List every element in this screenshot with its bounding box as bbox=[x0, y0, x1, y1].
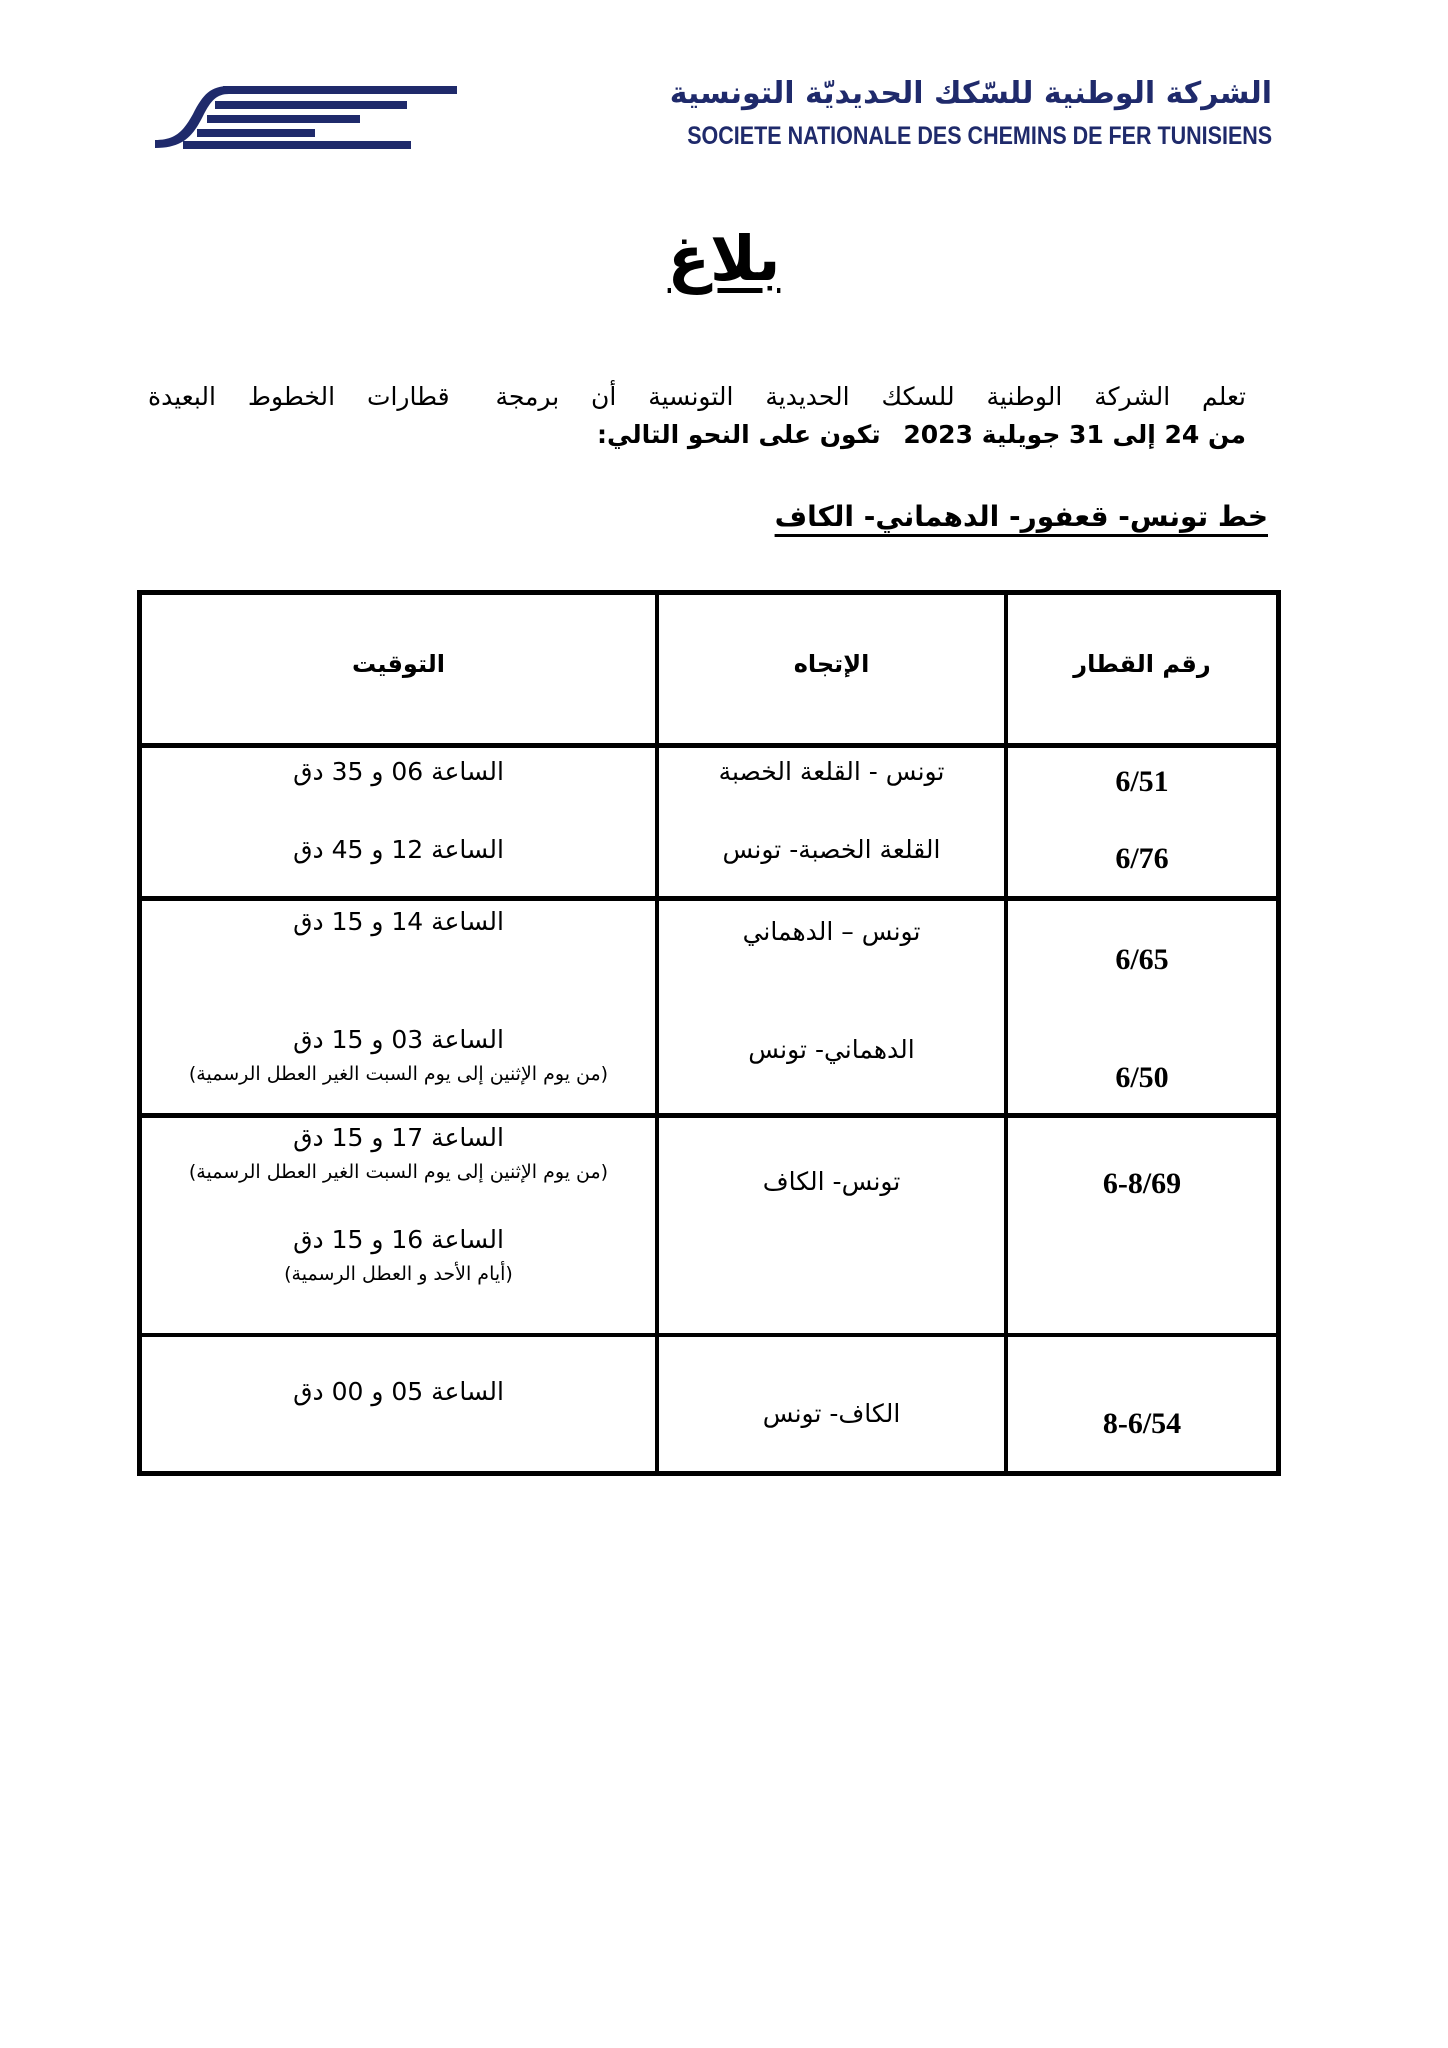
intro-line-1-b: قطارات الخطوط البعيدة bbox=[148, 382, 450, 411]
train-number: 6/51 bbox=[1008, 765, 1276, 799]
train-number: 6/65 bbox=[1008, 943, 1276, 977]
train-time-alt: الساعة 16 و 15 دق bbox=[142, 1225, 655, 1254]
train-time: الساعة 17 و 15 دق bbox=[142, 1123, 655, 1152]
train-direction: تونس- الكاف bbox=[659, 1167, 1004, 1196]
train-time: الساعة 06 و 35 دق bbox=[142, 757, 655, 786]
train-direction: الكاف- تونس bbox=[659, 1399, 1004, 1428]
train-time: الساعة 05 و 00 دق bbox=[142, 1377, 655, 1406]
train-number: 6-8/69 bbox=[1008, 1167, 1276, 1201]
row-divider bbox=[142, 896, 1276, 901]
train-time-note: (من يوم الإثنين إلى يوم السبت الغير العط… bbox=[142, 1063, 655, 1085]
line-heading: خط تونس- قعفور- الدهماني- الكاف bbox=[775, 500, 1268, 533]
column-header-timing: التوقيت bbox=[142, 650, 655, 678]
train-number: 6/76 bbox=[1008, 842, 1276, 876]
train-time: الساعة 12 و 45 دق bbox=[142, 835, 655, 864]
schedule-table: رقم القطار الإتجاه التوقيت 6/51 تونس - ا… bbox=[137, 590, 1281, 1476]
row-divider bbox=[142, 1113, 1276, 1118]
row-divider bbox=[142, 743, 1276, 748]
sncft-logo-icon bbox=[153, 84, 459, 150]
intro-paragraph: تعلم الشركة الوطنية للسكك الحديدية التون… bbox=[148, 378, 1246, 454]
train-time: الساعة 03 و 15 دق bbox=[142, 1025, 655, 1054]
intro-line-1: تعلم الشركة الوطنية للسكك الحديدية التون… bbox=[148, 378, 1246, 416]
train-direction: الدهماني- تونس bbox=[659, 1035, 1004, 1064]
train-time-note: (من يوم الإثنين إلى يوم السبت الغير العط… bbox=[142, 1161, 655, 1183]
train-direction: تونس - القلعة الخصبة bbox=[659, 757, 1004, 786]
column-header-train-number: رقم القطار bbox=[1008, 650, 1276, 678]
page-title-text: بلاغ bbox=[668, 222, 781, 295]
column-divider bbox=[1004, 595, 1008, 1471]
train-direction: تونس – الدهماني bbox=[659, 917, 1004, 946]
column-divider bbox=[655, 595, 659, 1471]
row-divider bbox=[142, 1333, 1276, 1337]
train-time: الساعة 14 و 15 دق bbox=[142, 907, 655, 936]
intro-date-range: من 24 إلى 31 جويلية 2023 bbox=[903, 420, 1246, 449]
company-name-french: SOCIETE NATIONALE DES CHEMINS DE FER TUN… bbox=[687, 122, 1272, 151]
train-time-alt-note: (أيام الأحد و العطل الرسمية) bbox=[142, 1263, 655, 1285]
page-title: بلاغ bbox=[0, 222, 1448, 295]
intro-line-2-b: تكون على النحو التالي: bbox=[597, 420, 881, 449]
intro-line-2: من 24 إلى 31 جويلية 2023 تكون على النحو … bbox=[148, 416, 1246, 454]
intro-line-1-a: تعلم الشركة الوطنية للسكك الحديدية التون… bbox=[495, 382, 1246, 411]
company-name-arabic: الشركة الوطنية للسّكك الحديديّة التونسية bbox=[670, 76, 1272, 111]
train-number: 6/50 bbox=[1008, 1061, 1276, 1095]
column-header-direction: الإتجاه bbox=[659, 650, 1004, 678]
train-number: 8-6/54 bbox=[1008, 1407, 1276, 1441]
train-direction: القلعة الخصبة- تونس bbox=[659, 835, 1004, 864]
